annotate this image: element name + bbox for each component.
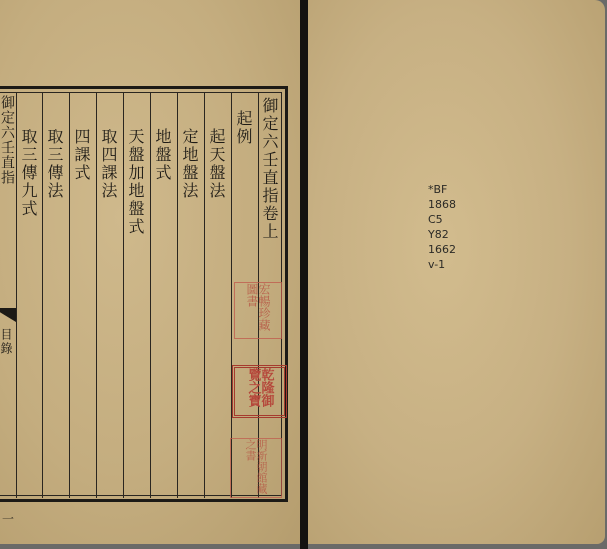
banxin-page-number: 一	[2, 513, 16, 525]
book-spine-gutter	[300, 0, 308, 549]
column-rule	[177, 93, 178, 498]
imperial-seal: 乾隆御覽之寶	[232, 365, 287, 418]
toc-entry: 取四課法	[100, 128, 116, 200]
toc-entry: 地盤式	[154, 128, 170, 182]
call-number-line: *BF	[428, 182, 456, 197]
column-rule	[42, 93, 43, 498]
call-number-line: 1868	[428, 197, 456, 212]
banxin-label: 目錄	[0, 328, 12, 356]
toc-entry: 起例	[235, 110, 251, 146]
toc-entry: 起天盤法	[208, 128, 224, 200]
column-rule	[204, 93, 205, 498]
call-number-line: 1662	[428, 242, 456, 257]
toc-entry: 定地盤法	[181, 128, 197, 200]
call-number-line: v-1	[428, 257, 456, 272]
banxin-title: 御定六壬直指	[0, 95, 14, 185]
column-rule	[123, 93, 124, 498]
fishtail-mark	[0, 308, 16, 322]
column-rule	[69, 93, 70, 498]
library-seal: 明新朝館藏之書	[230, 438, 282, 498]
column-rule	[16, 93, 17, 498]
toc-entry: 四課式	[73, 128, 89, 182]
left-page: 御定六壬直指 目錄 一 御定六壬直指卷上 起例 起天盤法 定地盤法 地盤式 天盤…	[0, 0, 300, 544]
toc-entry: 天盤加地盤式	[127, 128, 143, 236]
column-rule	[96, 93, 97, 498]
call-number-line: Y82	[428, 227, 456, 242]
column-rule	[150, 93, 151, 498]
pencil-call-number: *BF 1868 C5 Y82 1662 v-1	[428, 182, 456, 272]
toc-entry: 取三傳法	[46, 128, 62, 200]
volume-heading: 御定六壬直指卷上	[261, 97, 277, 241]
right-page	[308, 0, 605, 544]
call-number-line: C5	[428, 212, 456, 227]
toc-entry: 取三傳九式	[20, 128, 36, 218]
collector-seal: 宏暢珍藏圖書	[234, 282, 282, 339]
banxin: 御定六壬直指 目錄 一	[0, 93, 16, 498]
